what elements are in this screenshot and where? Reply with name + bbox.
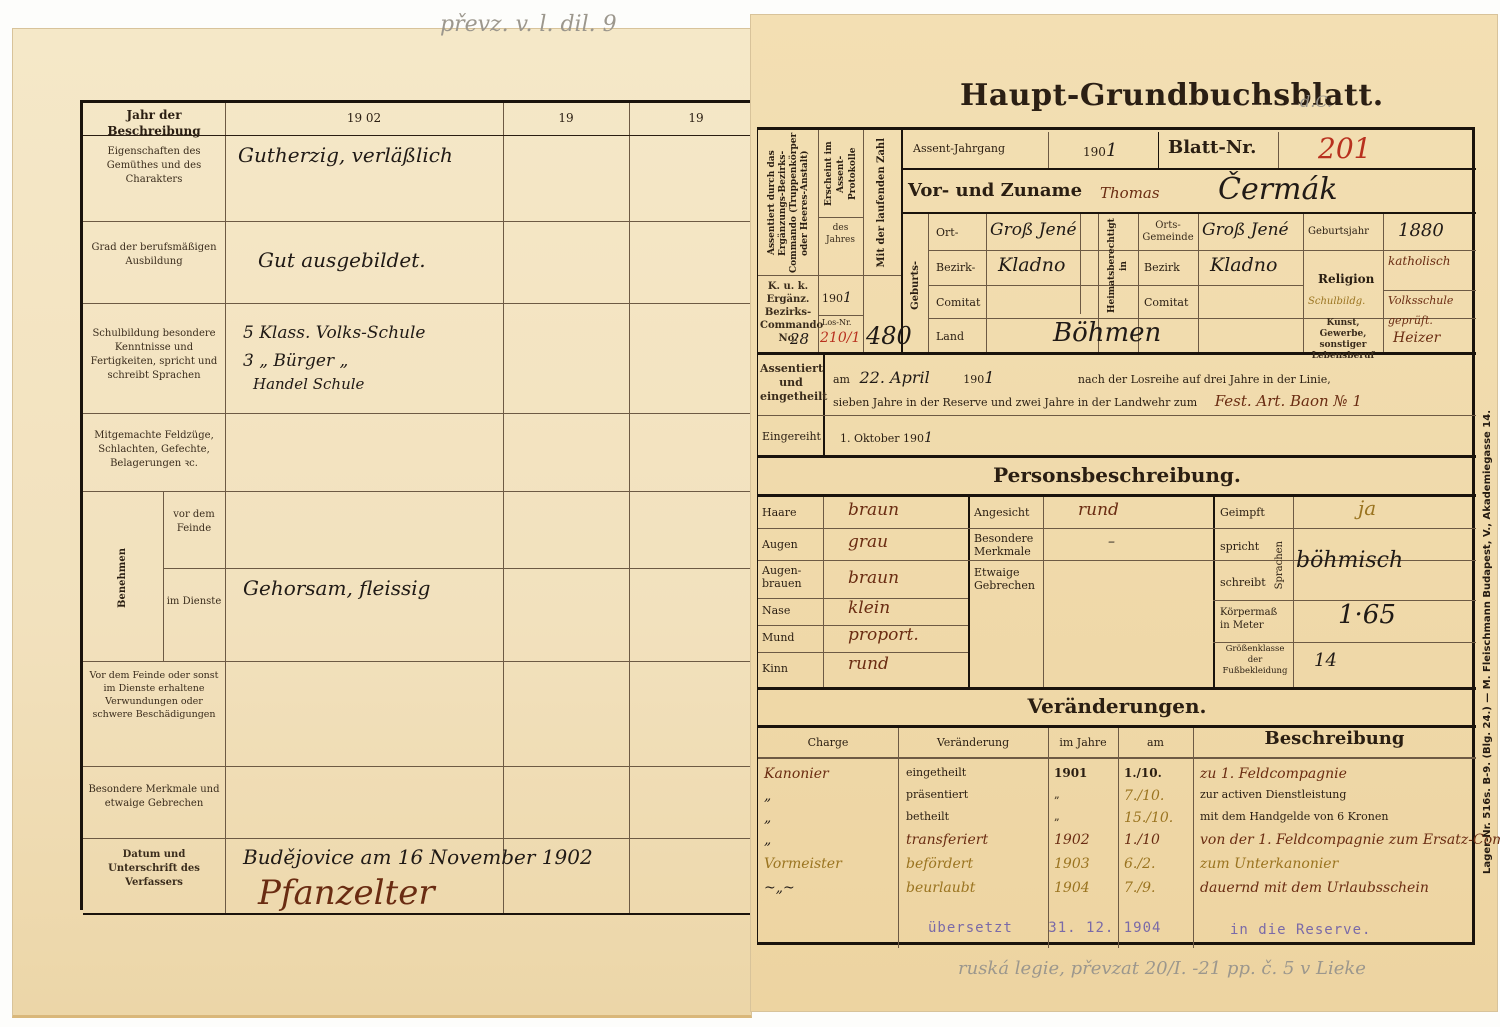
change-jahr: „ [1054,788,1060,801]
header-assentiert-durch: Assentiert durch das Ergänzungs-Bezirks-… [767,132,811,274]
change-jahr: 1903 [1054,856,1090,872]
change-beschreibung: von der 1. Feldcompagnie zum Ersatz-Comp… [1200,832,1500,848]
schreibt-label: schreibt [1220,576,1266,589]
entry-schooling-1: 5 Klass. Volks-Schule [243,323,425,343]
entry-schooling-3: Handel Schule [253,375,364,393]
pencil-note-bottom: ruská legie, převzat 20/I. -21 pp. č. 5 … [958,958,1366,979]
occupation-value: Heizer [1393,330,1440,346]
first-name: Thomas [1100,184,1160,202]
last-name: Čermák [1218,172,1338,207]
commando-number: 28 [790,330,809,348]
stamp-destination: in die Reserve. [1230,922,1371,938]
col-beschreibung: Beschreibung [1193,728,1476,749]
header-des-jahres: des Jahres [819,222,862,246]
haare-label: Haare [762,506,796,519]
heimat-gemeinde-label: Orts-Gemeinde [1140,220,1196,244]
personsbeschreibung-title: Personsbeschreibung. [758,463,1476,487]
augenbrauen-label: Augen-brauen [762,564,822,590]
heimat-bezirk-value: Kladno [1210,254,1277,276]
change-charge: ~„~ [764,880,795,896]
printer-imprint: Lager-Nr. 516s. B-9. (Blg. 24.) — M. Fle… [1482,410,1493,874]
row-label-date-signature: Datum und Unterschrift des Verfassers [87,848,221,890]
religion-value: katholisch [1388,254,1450,268]
geimpft-value: ja [1358,496,1376,520]
schuhgroesse-label: Größenklasse der Fußbekleidung [1220,644,1290,677]
nase-label: Nase [762,604,790,617]
change-beschreibung: dauernd mit dem Urlaubsschein [1200,880,1429,896]
change-veraenderung: präsentiert [906,788,968,801]
lebensberuf-label: Kunst, Gewerbe, sonstiger Lebensberuf [1305,318,1381,362]
change-jahr: 1902 [1054,832,1090,848]
eingereiht-label: Eingereiht [762,430,821,443]
veraenderungen-title: Veränderungen. [758,694,1476,718]
assentiert-unit: Fest. Art. Baon № 1 [1215,392,1362,410]
header-year-label: Jahr der Beschreibung [83,107,225,139]
protokoll-year-value: 1 [843,290,852,306]
angesicht-value: rund [1078,500,1119,520]
assentiert-year-value: 1 [984,368,994,387]
change-beschreibung: zum Unterkanonier [1200,856,1338,872]
protokoll-year-prefix: 190 [822,292,843,305]
augen-label: Augen [762,538,798,551]
birth-comitat-label: Comitat [936,296,980,309]
row-label-conduct-service: im Dienste [165,595,223,609]
koerpermass-value: 1·65 [1338,600,1396,630]
geburts-group-label: Geburts- [910,261,922,310]
geimpft-label: Geimpft [1220,506,1265,519]
birth-bezirk-label: Bezirk- [936,261,975,274]
row-label-schooling: Schulbildung besondere Kenntnisse und Fe… [87,327,221,383]
year-column-3: 19 [629,111,763,125]
col-veraenderung: Veränderung [898,736,1048,749]
change-am: 15./10. [1124,810,1173,826]
geburtsjahr-label: Geburtsjahr [1308,226,1369,237]
entry-schooling-2: 3 „ Bürger „ [243,351,348,371]
change-beschreibung: mit dem Handgelde von 6 Kronen [1200,810,1388,823]
birth-bezirk-value: Kladno [998,254,1065,276]
row-label-campaigns: Mitgemachte Feldzüge, Schlachten, Gefech… [87,429,221,471]
birth-land-value: Böhmen [1053,318,1161,348]
change-beschreibung: zu 1. Feldcompagnie [1200,766,1347,782]
entry-training: Gut ausgebildet. [258,248,426,272]
change-jahr: 1904 [1054,880,1090,896]
mund-value: proport. [848,625,919,645]
pencil-corner-note: d.C. [1300,92,1332,111]
assentiert-label: Assentiert und eingetheilt [760,362,822,404]
nase-value: klein [848,598,890,618]
author-signature: Pfanzelter [258,873,435,913]
change-charge: Kanonier [764,766,829,782]
change-charge: „ [764,788,771,804]
col-am: am [1118,736,1193,749]
birth-land-label: Land [936,330,964,343]
header-assent-protokolle: Erscheint im Assent-Protokolle [823,132,859,216]
assentiert-year-prefix: 190 [963,373,984,386]
geburtsjahr-value: 1880 [1398,220,1444,241]
assent-jahrgang-value: 1 [1106,140,1117,161]
augen-value: grau [848,532,888,552]
assent-jahrgang-label: Assent-Jahrgang [913,142,1005,155]
change-am: 1./10 [1124,832,1160,848]
change-veraenderung: betheilt [906,810,949,823]
change-am: 7./10. [1124,788,1164,804]
birth-ort-value: Groß Jené [990,220,1077,240]
change-am: 1./10. [1124,766,1162,780]
angesicht-label: Angesicht [974,506,1029,519]
laufende-zahl-value: 480 [866,322,912,350]
assentiert-text-2: sieben Jahre in der Reserve und zwei Jah… [833,396,1197,409]
haare-value: braun [848,500,899,520]
spricht-label: spricht [1220,540,1259,553]
change-jahr: 1901 [1054,766,1087,780]
row-label-training: Grad der berufsmäßigen Ausbildung [87,241,221,269]
augenbrauen-value: braun [848,568,899,588]
assentiert-am: am [833,373,850,386]
change-jahr: „ [1054,810,1060,823]
sprachen-label: Sprachen [1274,541,1286,589]
entry-date-place: Budějovice am 16 November 1902 [243,845,593,869]
change-veraenderung: beurlaubt [906,880,975,896]
heimat-gemeinde-value: Groß Jené [1202,220,1289,240]
birth-ort-label: Ort- [936,226,958,239]
change-veraenderung: transferiert [906,832,988,848]
assentiert-text-1: nach der Losreihe auf drei Jahre in der … [1078,373,1331,386]
kinn-label: Kinn [762,662,788,675]
gebrechen-label: Etwaige Gebrechen [974,566,1040,592]
heimat-comitat-label: Comitat [1144,296,1188,309]
row-label-character: Eigenschaften des Gemüthes und des Chara… [87,145,221,187]
change-veraenderung: eingetheilt [906,766,966,779]
mund-label: Mund [762,631,794,644]
assentiert-date: 22. April [860,368,930,387]
change-veraenderung: befördert [906,856,973,872]
merkmale-label: Besondere Merkmale [974,532,1040,558]
entry-conduct-service: Gehorsam, fleissig [243,576,430,600]
row-label-conduct: Benehmen [117,548,129,608]
education-value: Volksschule [1388,294,1453,307]
col-charge: Charge [758,736,898,749]
change-charge: „ [764,832,771,848]
koerpermass-label: Körpermaß in Meter [1220,606,1290,632]
row-label-conduct-enemy: vor dem Feinde [165,508,223,536]
sprachen-value: böhmisch [1296,548,1403,573]
main-record-form: Assentiert durch das Ergänzungs-Bezirks-… [757,127,1475,945]
los-nr-value: 210/1 [820,330,860,346]
assent-jahrgang-prefix: 190 [1083,145,1106,159]
year-column-1: 19 02 [225,111,503,125]
row-label-wounds: Vor dem Feinde oder sonst im Dienste erh… [87,669,221,721]
blatt-nr-label: Blatt-Nr. [1168,137,1256,158]
stamp-text: übersetzt [928,920,1013,936]
religion-label: Religion [1318,272,1374,286]
change-am: 6./2. [1124,856,1155,872]
change-charge: „ [764,810,771,826]
schulbildung-note: Schulbildg. [1308,296,1365,307]
stamp-date: 31. 12. 1904 [1048,920,1161,936]
exam-value: geprüft. [1388,314,1433,327]
schuhgroesse-value: 14 [1314,650,1337,671]
header-laufende-zahl: Mit der laufenden Zahl [876,138,888,268]
row-label-marks: Besondere Merkmale und etwaige Gebrechen [87,783,221,811]
character-description-table: Jahr der Beschreibung 19 02 19 19 Eigens… [80,100,760,910]
kinn-value: rund [848,654,889,674]
change-beschreibung: zur activen Dienstleistung [1200,788,1346,801]
name-label: Vor- und Zuname [908,180,1082,201]
los-nr-label: Los-Nr. [822,318,851,327]
heimat-group-label: Heimatsberechtigt in [1106,216,1130,316]
eingereiht-year: 1 [924,430,933,446]
pencil-note-top: převz. v. l. dil. 9 [440,12,617,37]
merkmale-value: – [1108,534,1115,550]
heimat-bezirk-label: Bezirk [1144,261,1180,274]
change-charge: Vormeister [764,856,842,872]
blatt-nr-value: 201 [1318,132,1371,165]
entry-character: Gutherzig, verläßlich [238,143,453,167]
change-am: 7./9. [1124,880,1155,896]
col-im-jahre: im Jahre [1048,736,1118,749]
year-column-2: 19 [503,111,629,125]
eingereiht-value: 1. Oktober 190 [840,432,924,445]
